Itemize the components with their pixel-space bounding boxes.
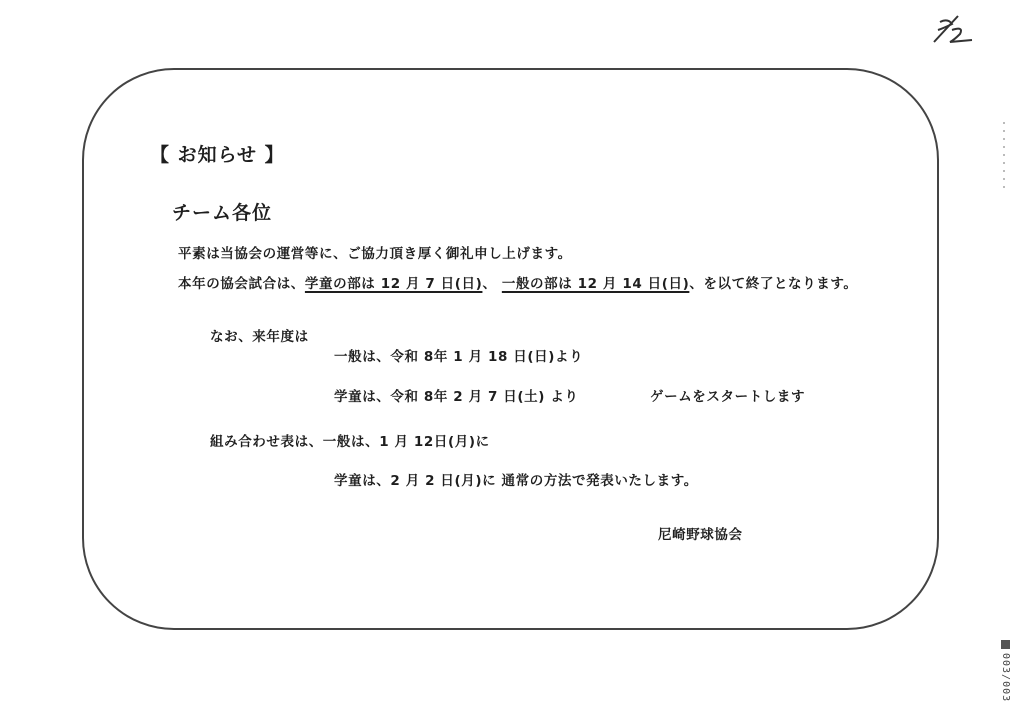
game-start-text: ゲームをスタートします xyxy=(650,385,805,405)
schedule-general: 組み合わせ表は、一般は、1 月 12日(月)に xyxy=(210,430,490,450)
season-end-suffix: 、を以て終了となります。 xyxy=(689,276,857,292)
fax-page-footer: 003/003 xyxy=(1000,640,1011,702)
handwritten-page-mark xyxy=(930,12,980,48)
fax-icon xyxy=(1002,640,1011,649)
general-division-end-date: 一般の部は 12 月 14 日(日) xyxy=(502,276,690,292)
salutation: チーム各位 xyxy=(172,198,272,225)
season-end-prefix: 本年の協会試合は、 xyxy=(178,276,305,292)
scan-artifact-dots xyxy=(1003,122,1005,192)
schedule-junior: 学童は、2 月 2 日(月)に 通常の方法で発表いたします。 xyxy=(334,469,698,489)
next-year-junior-start: 学童は、令和 8年 2 月 7 日(土) より xyxy=(334,385,579,405)
season-end-line: 本年の協会試合は、学童の部は 12 月 7 日(日)、 一般の部は 12 月 1… xyxy=(178,272,857,292)
signature: 尼崎野球協会 xyxy=(658,523,743,543)
next-year-intro: なお、来年度は xyxy=(210,325,309,345)
fax-page-number: 003/003 xyxy=(1000,653,1011,702)
notice-heading: 【 お知らせ 】 xyxy=(150,140,285,167)
next-year-general-start: 一般は、令和 8年 1 月 18 日(日)より xyxy=(334,345,583,365)
junior-division-end-date: 学童の部は 12 月 7 日(日) xyxy=(305,276,483,292)
separator: 、 xyxy=(482,276,501,292)
greeting-line: 平素は当協会の運営等に、ご協力頂き厚く御礼申し上げます。 xyxy=(178,242,572,262)
